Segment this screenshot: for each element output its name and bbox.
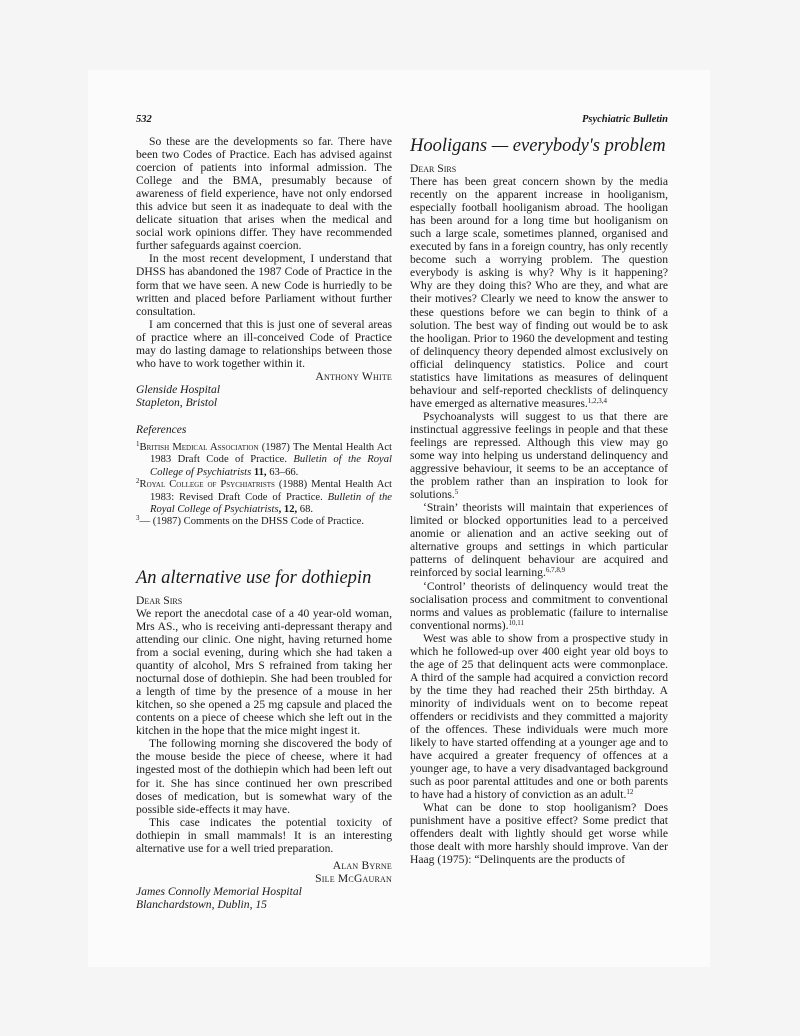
article-title: An alternative use for dothiepin [136,567,392,589]
letter-dothiepin: An alternative use for dothiepin Dear Si… [136,567,392,911]
citation-superscript: 1,2,3,4 [588,397,607,405]
letter-hooligans: Hooligans — everybody's problem Dear Sir… [410,135,668,867]
reference-volume: 11, [251,467,266,478]
author-signature: Alan Byrne [136,859,392,872]
reference-list: 1British Medical Association (1987) The … [136,442,392,529]
reference-author: Royal College of Psychiatrists [140,479,275,490]
reference-pages: 68. [297,504,313,515]
citation-superscript: 10,11 [509,619,525,627]
author-signature: Sile McGauran [136,872,392,885]
citation-superscript: 5 [455,488,459,496]
paragraph-text: ‘Strain’ theorists will maintain that ex… [410,501,668,579]
reference-volume: , 12, [279,504,298,515]
body-paragraph: This case indicates the potential toxici… [136,816,392,855]
body-paragraph: West was able to show from a prospective… [410,632,668,802]
article-title: Hooligans — everybody's problem [410,135,668,157]
body-paragraph: ‘Strain’ theorists will maintain that ex… [410,501,668,579]
body-paragraph: We report the anecdotal case of a 40 yea… [136,607,392,737]
reference-text: (1987) Comments on the DHSS Code of Prac… [150,516,364,527]
references-heading: References [136,423,392,436]
paragraph-text: What can be done to stop hooliganism? Do… [410,801,668,866]
salutation: Dear Sirs [410,162,668,175]
paragraph-text: West was able to show from a prospective… [410,632,668,802]
reference-pages: 63–66. [267,467,299,478]
body-paragraph: The following morning she discovered the… [136,737,392,815]
body-paragraph: Psychoanalysts will suggest to us that t… [410,410,668,501]
letter-code-of-practice-continued: So these are the developments so far. Th… [136,135,392,529]
author-affiliation: Glenside Hospital [136,383,392,396]
running-head: Psychiatric Bulletin [582,114,668,125]
body-paragraph: I am concerned that this is just one of … [136,318,392,370]
reference-item: 3— (1987) Comments on the DHSS Code of P… [136,516,392,528]
salutation: Dear Sirs [136,594,392,607]
body-paragraph: So these are the developments so far. Th… [136,135,392,252]
citation-superscript: 6,7,8,9 [546,566,565,574]
left-column: So these are the developments so far. Th… [136,135,392,911]
reference-author: — [140,516,151,527]
page-number: 532 [136,114,152,125]
paragraph-text: ‘Control’ theorists of delinquency would… [410,580,668,632]
body-paragraph: ‘Control’ theorists of delinquency would… [410,580,668,632]
body-paragraph: In the most recent development, I unders… [136,252,392,317]
paragraph-text: There has been great concern shown by th… [410,175,668,410]
author-location: Blanchardstown, Dublin, 15 [136,898,392,911]
reference-item: 2Royal College of Psychiatrists (1988) M… [136,479,392,516]
right-column: Hooligans — everybody's problem Dear Sir… [410,135,668,867]
body-paragraph: There has been great concern shown by th… [410,175,668,410]
author-signature: Anthony White [136,370,392,383]
paragraph-text: Psychoanalysts will suggest to us that t… [410,410,668,501]
reference-item: 1British Medical Association (1987) The … [136,442,392,479]
reference-author: British Medical Association [140,442,259,453]
author-affiliation: James Connolly Memorial Hospital [136,885,392,898]
citation-superscript: 12 [626,788,633,796]
body-paragraph: What can be done to stop hooliganism? Do… [410,801,668,866]
author-location: Stapleton, Bristol [136,396,392,409]
